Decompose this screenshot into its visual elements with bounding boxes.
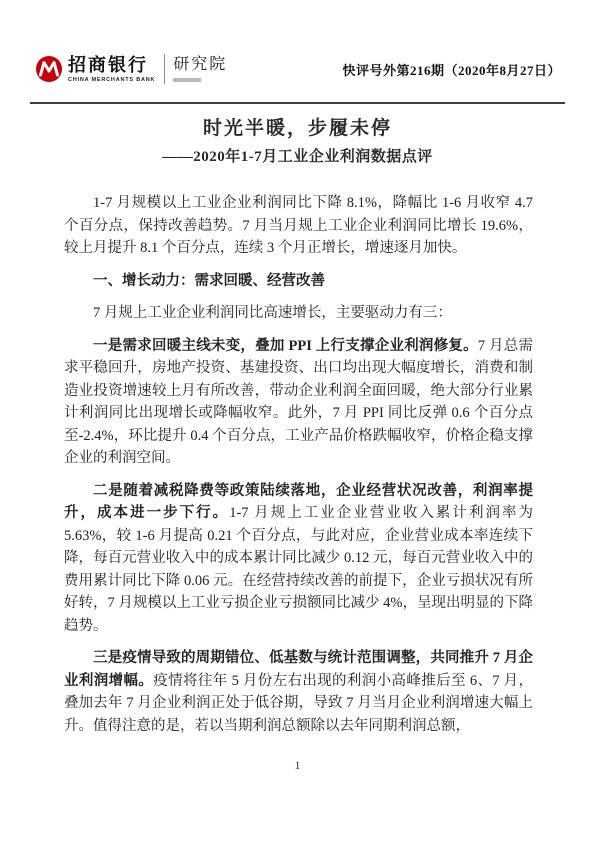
cmb-logo-icon — [36, 56, 62, 82]
cmb-logo: 招商银行 CHINA MERCHANTS BANK 研究院 — [36, 54, 227, 84]
institute-name: 研究院 — [173, 56, 227, 74]
paragraph-text: 1-7 月规上工业企业营业收入累计利润率为 5.63%，较 1-6 月提高 0.… — [64, 505, 533, 634]
paragraph-text: 1-7 月规模以上工业企业利润同比下降 8.1%，降幅比 1-6 月收窄 4.7… — [64, 195, 533, 256]
paragraph-intro: 1-7 月规模以上工业企业利润同比下降 8.1%，降幅比 1-6 月收窄 4.7… — [64, 192, 533, 260]
issue-info: 快评号外第216期（2020年8月27日） — [342, 60, 561, 79]
paragraph-text: 7 月规上工业企业利润同比高速增长，主要驱动力有三： — [93, 305, 452, 321]
report-page: 招商银行 CHINA MERCHANTS BANK 研究院 快评号外第216期（… — [0, 0, 595, 842]
report-body: 1-7 月规模以上工业企业利润同比下降 8.1%，降幅比 1-6 月收窄 4.7… — [64, 192, 533, 747]
institute-subtext — [173, 78, 201, 82]
paragraph-text: 7 月总需求平稳回升，房地产投资、基建投资、出口均出现大幅度增长，消费和制造业投… — [64, 338, 533, 467]
section-heading-text: 一、增长动力：需求回暖、经营改善 — [93, 273, 325, 289]
page-number: 1 — [0, 758, 595, 773]
paragraph-driver-2: 二是随着减税降费等政策陆续落地，企业经营状况改善，利润率提升，成本进一步下行。1… — [64, 480, 533, 638]
page-title: 时光半暖，步履未停 — [0, 113, 595, 140]
header-rule — [30, 102, 565, 104]
bank-name-cn: 招商银行 — [68, 56, 148, 75]
paragraph-lead: 一是需求回暖主线未变，叠加 PPI 上行支撑企业利润修复。 — [93, 338, 478, 354]
institute-block: 研究院 — [173, 56, 227, 82]
logo-divider — [164, 54, 165, 84]
bank-name-block: 招商银行 CHINA MERCHANTS BANK — [68, 56, 155, 83]
page-subtitle: ——2020年1-7月工业企业利润数据点评 — [0, 145, 595, 166]
page-header: 招商银行 CHINA MERCHANTS BANK 研究院 快评号外第216期（… — [36, 54, 561, 84]
paragraph-driver-1: 一是需求回暖主线未变，叠加 PPI 上行支撑企业利润修复。7 月总需求平稳回升，… — [64, 335, 533, 470]
section-heading: 一、增长动力：需求回暖、经营改善 — [64, 270, 533, 293]
bank-name-en: CHINA MERCHANTS BANK — [68, 77, 155, 83]
paragraph-drivers-intro: 7 月规上工业企业利润同比高速增长，主要驱动力有三： — [64, 302, 533, 325]
paragraph-driver-3: 三是疫情导致的周期错位、低基数与统计范围调整，共同推升 7 月企业利润增幅。疫情… — [64, 647, 533, 737]
